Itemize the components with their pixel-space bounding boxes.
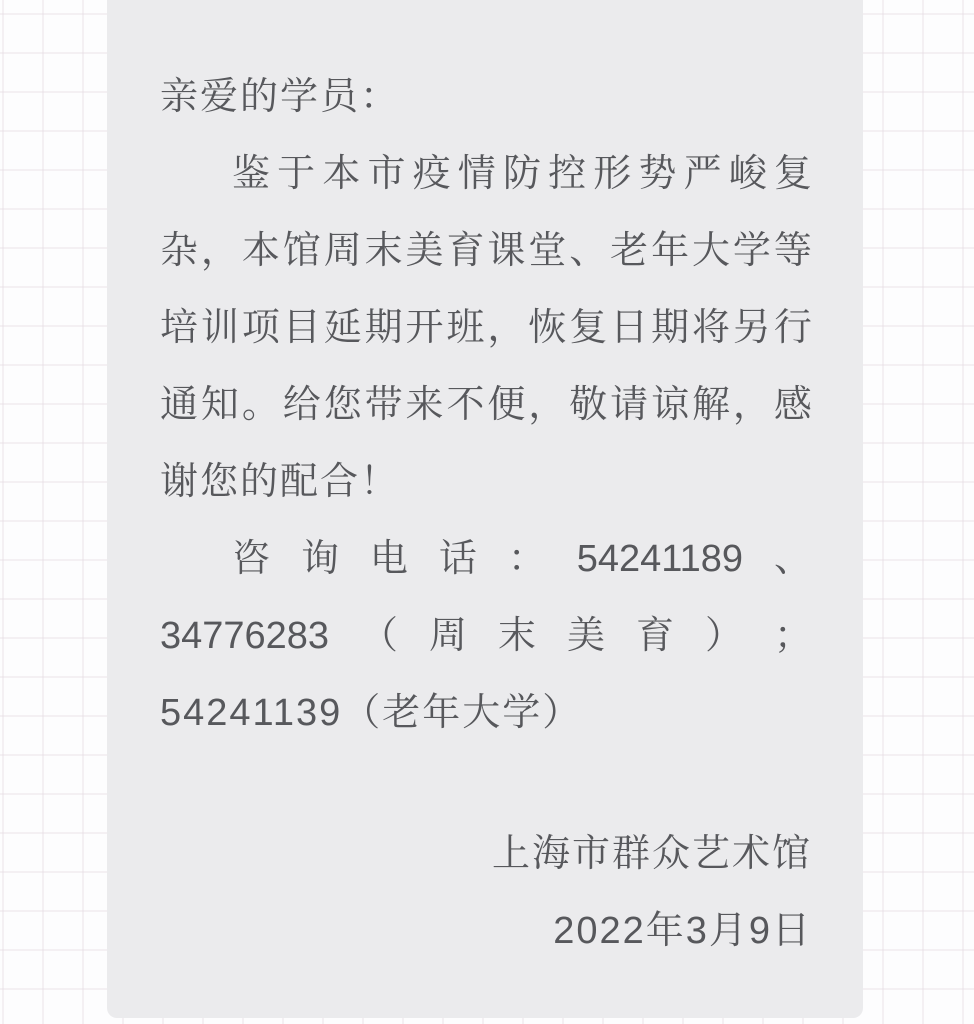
text-token: 、 bbox=[569, 213, 607, 290]
text-token: 话 bbox=[439, 521, 477, 598]
text-token: 末 bbox=[498, 598, 536, 675]
text-token: 、 bbox=[774, 521, 812, 598]
text-token: 来 bbox=[406, 367, 444, 444]
text-token: 疫 bbox=[413, 136, 451, 213]
text-token: 目 bbox=[283, 290, 321, 367]
text-token: 控 bbox=[548, 136, 586, 213]
notice-line: 杂，本馆周末美育课堂、老年大学等 bbox=[160, 213, 812, 290]
text-token: 54241189 bbox=[577, 521, 743, 598]
text-token: 鉴 bbox=[232, 136, 270, 213]
text-token: 电 bbox=[370, 521, 408, 598]
text-token: 您 bbox=[324, 367, 362, 444]
text-token: 育 bbox=[636, 598, 674, 675]
text-token: 恢 bbox=[528, 290, 566, 367]
text-token: 末 bbox=[365, 213, 403, 290]
text-token: 于 bbox=[277, 136, 315, 213]
notice-line: 咨询电话：54241189、 bbox=[160, 521, 812, 598]
text-token: 大 bbox=[692, 213, 730, 290]
text-token: 行 bbox=[774, 290, 812, 367]
text-token: 34776283 bbox=[160, 598, 329, 675]
text-token: （ bbox=[360, 598, 398, 675]
text-token: 学 bbox=[733, 213, 771, 290]
text-token: 堂 bbox=[528, 213, 566, 290]
notice-card: 亲爱的学员：鉴于本市疫情防控形势严峻复杂，本馆周末美育课堂、老年大学等培训项目延… bbox=[107, 0, 863, 1018]
text-token: 本 bbox=[322, 136, 360, 213]
text-token: 训 bbox=[201, 290, 239, 367]
text-token: 询 bbox=[301, 521, 339, 598]
text-token: 延 bbox=[324, 290, 362, 367]
text-token: 将 bbox=[692, 290, 730, 367]
text-token: 。 bbox=[242, 367, 280, 444]
text-token: 谅 bbox=[651, 367, 689, 444]
text-token: 通 bbox=[160, 367, 198, 444]
text-token: 感 bbox=[774, 367, 812, 444]
text-token: 另 bbox=[733, 290, 771, 367]
notice-line: 54241139（老年大学） bbox=[160, 675, 812, 752]
text-token: ； bbox=[774, 598, 812, 675]
text-token: 周 bbox=[324, 213, 362, 290]
text-token: 带 bbox=[365, 367, 403, 444]
text-token: 馆 bbox=[283, 213, 321, 290]
text-token: 市 bbox=[367, 136, 405, 213]
text-token: 班 bbox=[446, 290, 484, 367]
text-token: 年 bbox=[651, 213, 689, 290]
text-token: 育 bbox=[446, 213, 484, 290]
text-token: 峻 bbox=[729, 136, 767, 213]
text-token: 杂 bbox=[160, 213, 198, 290]
notice-line: 鉴于本市疫情防控形势严峻复 bbox=[160, 136, 812, 213]
notice-line: 培训项目延期开班，恢复日期将另行 bbox=[160, 290, 812, 367]
text-token: 开 bbox=[406, 290, 444, 367]
text-token: 形 bbox=[593, 136, 631, 213]
text-token: 便 bbox=[487, 367, 525, 444]
text-token: 势 bbox=[638, 136, 676, 213]
text-token: 老 bbox=[610, 213, 648, 290]
notice-line: 通知。给您带来不便，敬请谅解，感 bbox=[160, 367, 812, 444]
notice-line: 上海市群众艺术馆 bbox=[160, 816, 812, 893]
text-token: 等 bbox=[774, 213, 812, 290]
text-token: 美 bbox=[567, 598, 605, 675]
text-token: 美 bbox=[406, 213, 444, 290]
text-token: 敬 bbox=[569, 367, 607, 444]
text-token: 知 bbox=[201, 367, 239, 444]
text-token: ， bbox=[487, 290, 525, 367]
text-token: 期 bbox=[651, 290, 689, 367]
text-token: 防 bbox=[503, 136, 541, 213]
text-token: 给 bbox=[283, 367, 321, 444]
text-token: ： bbox=[508, 521, 546, 598]
text-token: 期 bbox=[365, 290, 403, 367]
text-token: 请 bbox=[610, 367, 648, 444]
text-token: 复 bbox=[774, 136, 812, 213]
text-token: 严 bbox=[684, 136, 722, 213]
text-token: 项 bbox=[242, 290, 280, 367]
text-token: ） bbox=[705, 598, 743, 675]
notice-line: 2022年3月9日 bbox=[160, 893, 812, 970]
text-token: 复 bbox=[569, 290, 607, 367]
notice-line: 亲爱的学员： bbox=[160, 59, 812, 136]
text-token: 咨 bbox=[232, 521, 270, 598]
text-token: 不 bbox=[446, 367, 484, 444]
notice-content: 亲爱的学员：鉴于本市疫情防控形势严峻复杂，本馆周末美育课堂、老年大学等培训项目延… bbox=[160, 0, 812, 970]
text-token: 解 bbox=[692, 367, 730, 444]
text-token: 情 bbox=[458, 136, 496, 213]
text-token: 课 bbox=[487, 213, 525, 290]
text-token: ， bbox=[733, 367, 771, 444]
text-token: ， bbox=[528, 367, 566, 444]
notice-line: 34776283（周末美育）； bbox=[160, 598, 812, 675]
text-token: ， bbox=[201, 213, 239, 290]
text-token: 周 bbox=[429, 598, 467, 675]
text-token: 日 bbox=[610, 290, 648, 367]
text-token: 本 bbox=[242, 213, 280, 290]
text-token: 培 bbox=[160, 290, 198, 367]
notice-line: 谢您的配合！ bbox=[160, 444, 812, 521]
